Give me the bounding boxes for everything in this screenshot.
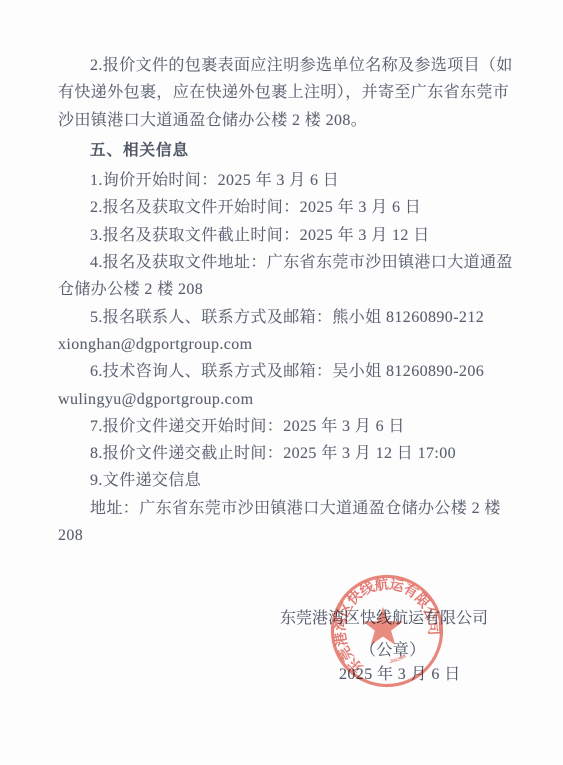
document-line: 有快递外包裹，应在快递外包裹上注明），并寄至广东省东莞市 bbox=[58, 79, 520, 106]
document-line: 8.报价文件递交截止时间：2025 年 3 月 12 日 17:00 bbox=[58, 440, 520, 467]
document-body: 2.报价文件的包裹表面应注明参选单位名称及参选项目（如有快递外包裹，应在快递外包… bbox=[58, 52, 520, 549]
document-line: 6.技术咨询人、联系方式及邮箱：吴小姐 81260890-206 bbox=[58, 358, 520, 385]
company-name: 东莞港湾区快线航运有限公司 bbox=[280, 605, 488, 628]
document-line: wulingyu@dgportgroup.com bbox=[58, 386, 520, 413]
document-line: 1.询价开始时间：2025 年 3 月 6 日 bbox=[58, 167, 520, 194]
document-line: 仓储办公楼 2 楼 208 bbox=[58, 276, 520, 303]
document-page: 2.报价文件的包裹表面应注明参选单位名称及参选项目（如有快递外包裹，应在快递外包… bbox=[0, 0, 563, 765]
document-line: 3.报名及获取文件截止时间：2025 年 3 月 12 日 bbox=[58, 222, 520, 249]
signature-date: 2025 年 3 月 6 日 bbox=[339, 661, 461, 684]
document-line: 2.报价文件的包裹表面应注明参选单位名称及参选项目（如 bbox=[58, 52, 520, 79]
document-line: 地址：广东省东莞市沙田镇港口大道通盈仓储办公楼 2 楼 bbox=[58, 495, 520, 522]
document-line: 5.报名联系人、联系方式及邮箱：熊小姐 81260890-212 bbox=[58, 304, 520, 331]
seal-label: （公章） bbox=[360, 637, 426, 660]
document-line: 9.文件递交信息 bbox=[58, 467, 520, 494]
section-heading: 五、相关信息 bbox=[58, 137, 520, 164]
document-line: 沙田镇港口大道通盈仓储办公楼 2 楼 208。 bbox=[58, 107, 520, 134]
document-line: xionghan@dgportgroup.com bbox=[58, 331, 520, 358]
document-line: 208 bbox=[58, 522, 520, 549]
document-line: 4.报名及获取文件地址：广东省东莞市沙田镇港口大道通盈 bbox=[58, 249, 520, 276]
document-line: 2.报名及获取文件开始时间：2025 年 3 月 6 日 bbox=[58, 194, 520, 221]
document-line: 7.报价文件递交开始时间：2025 年 3 月 6 日 bbox=[58, 413, 520, 440]
